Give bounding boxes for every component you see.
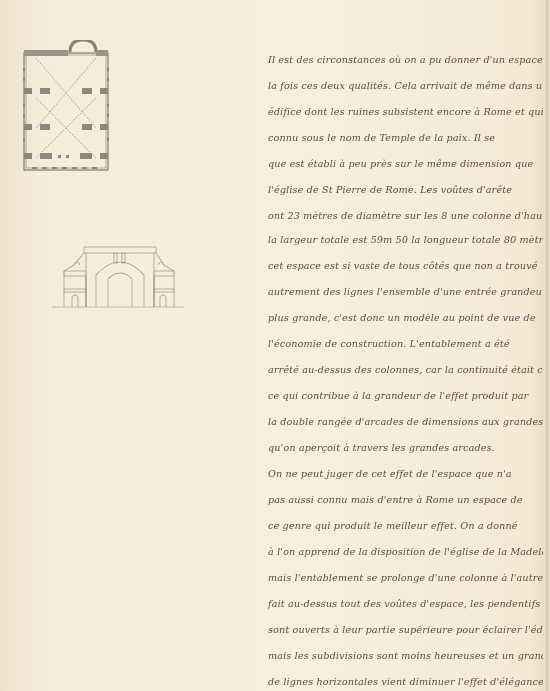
text-line: sont ouverts à leur partie supérieure po…	[268, 622, 543, 640]
text-line: la fois ces deux qualités. Cela arrivait…	[268, 78, 543, 96]
text-line: la double rangée d'arcades de dimensions…	[268, 414, 543, 432]
floor-plan-drawing	[22, 40, 112, 172]
text-line: plus grande, c'est donc un modèle au poi…	[268, 310, 543, 328]
text-line: On ne peut juger de cet effet de l'espac…	[268, 466, 543, 484]
text-line: Il est des circonstances où on a pu donn…	[268, 52, 543, 70]
text-line: édifice dont les ruines subsistent encor…	[268, 104, 543, 122]
text-line: ont 23 mètres de diamètre sur les 8 une …	[268, 208, 543, 226]
text-line: connu sous le nom de Temple de la paix. …	[268, 130, 543, 148]
text-line: la largeur totale est 59m 50 la longueur…	[268, 232, 543, 250]
text-line: l'économie de construction. L'entablemen…	[268, 336, 543, 354]
text-line: arrêté au-dessus des colonnes, car la co…	[268, 362, 543, 380]
text-line: ce qui contribue à la grandeur de l'effe…	[268, 388, 543, 406]
text-line: autrement des lignes l'ensemble d'une en…	[268, 284, 543, 302]
text-line: mais les subdivisions sont moins heureus…	[268, 648, 543, 666]
manuscript-page: Il est des circonstances où on a pu donn…	[0, 0, 550, 691]
text-line: pas aussi connu mais d'entre à Rome un e…	[268, 492, 543, 510]
text-line: que est établi à peu près sur le même di…	[268, 156, 543, 174]
cross-section-drawing	[52, 245, 184, 315]
text-line: fait au-dessus tout des voûtes d'espace,…	[268, 596, 543, 614]
text-line: cet espace est si vaste de tous côtés qu…	[268, 258, 543, 276]
text-line: qu'on aperçoit à travers les grandes arc…	[268, 440, 543, 458]
text-line: de lignes horizontales vient diminuer l'…	[268, 674, 543, 691]
text-line: mais l'entablement se prolonge d'une col…	[268, 570, 543, 588]
text-line: ce genre qui produit le meilleur effet. …	[268, 518, 543, 536]
text-line: à l'on apprend de la disposition de l'ég…	[268, 544, 543, 562]
text-line: l'église de St Pierre de Rome. Les voûte…	[268, 182, 543, 200]
page-fold-line	[546, 0, 548, 691]
